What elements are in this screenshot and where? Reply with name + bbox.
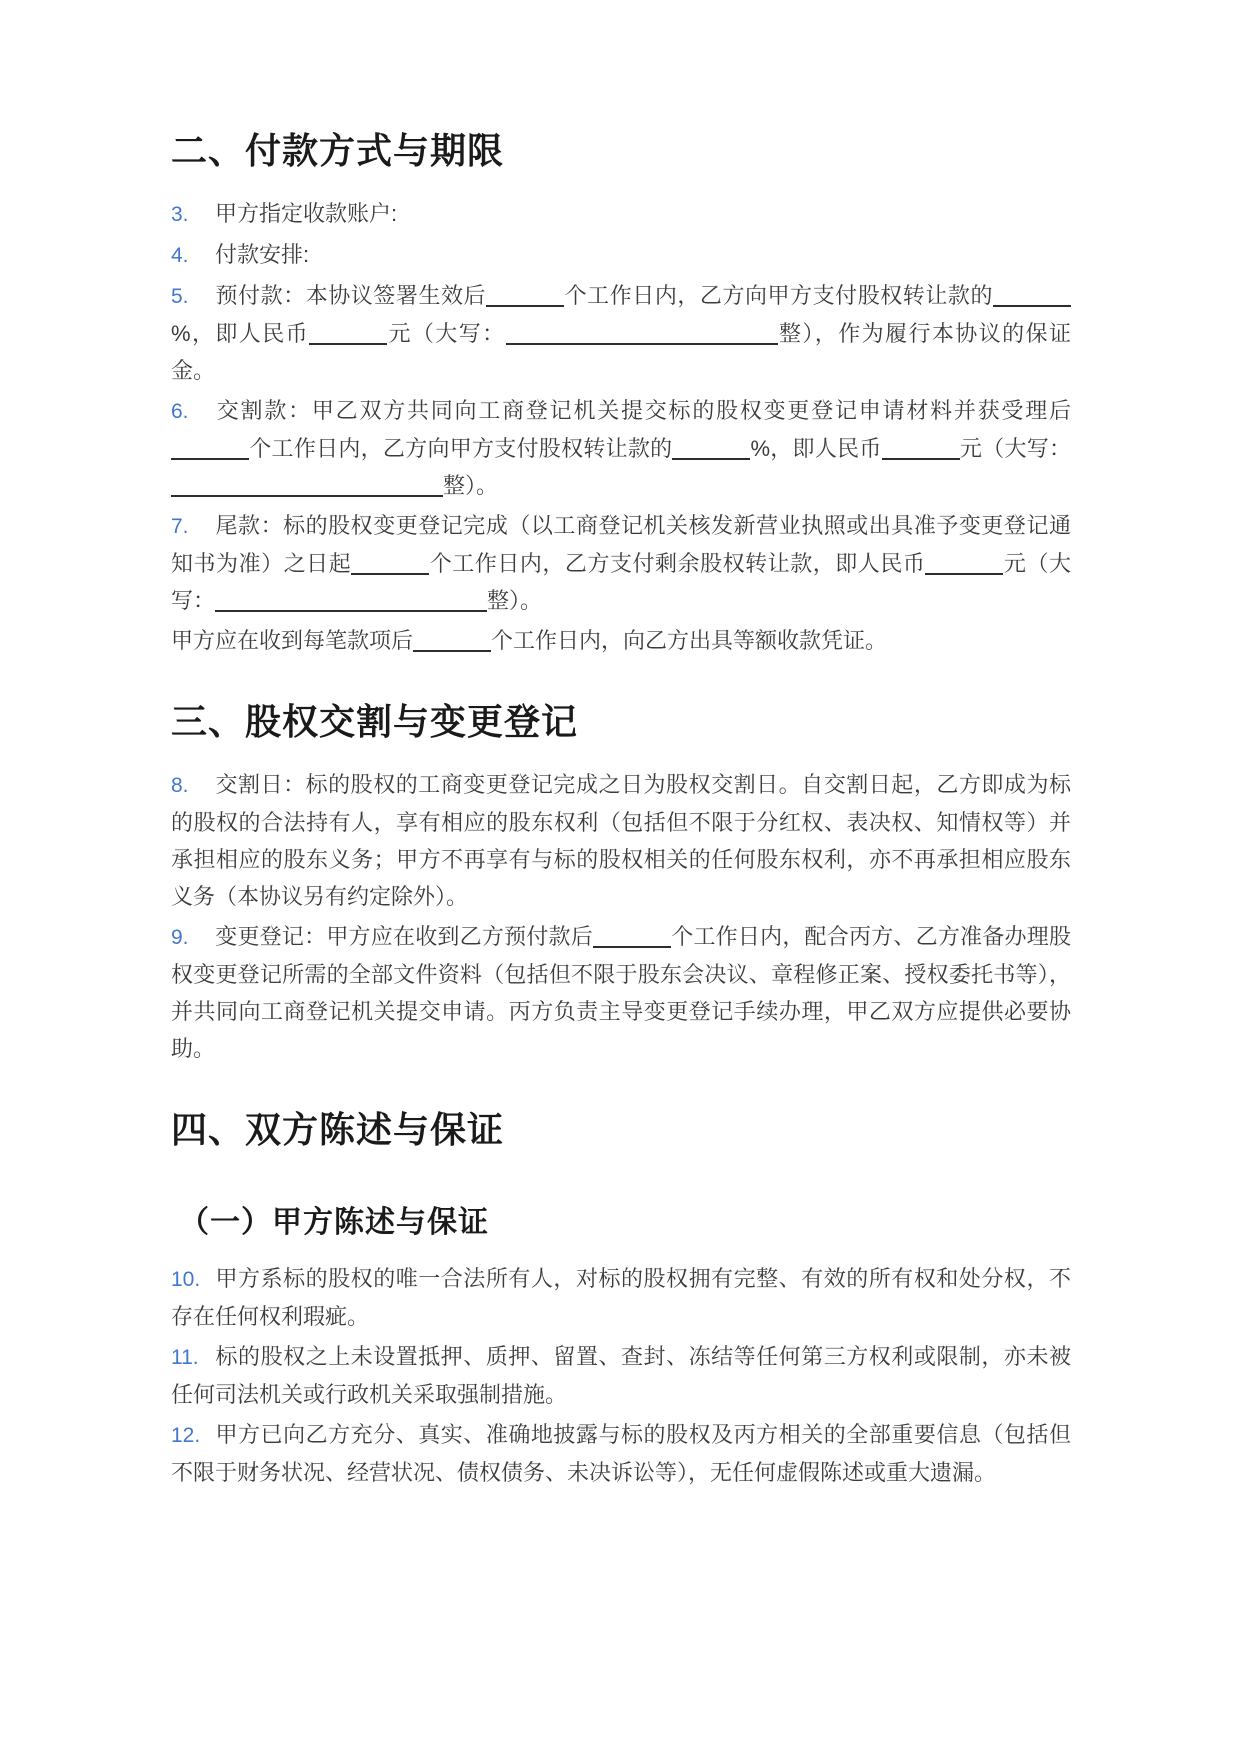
clause-number: 9.	[171, 919, 215, 956]
clause-number: 10.	[171, 1261, 215, 1298]
fill-in-blank	[486, 285, 564, 307]
clause-number: 3.	[171, 196, 215, 233]
text-segment: 交割日：标的股权的工商变更登记完成之日为股权交割日。自交割日起，乙方即成为标的股…	[171, 772, 1071, 909]
fill-in-blank	[171, 475, 443, 497]
clause-number: 6.	[171, 393, 215, 430]
text-segment: 个工作日内，乙方向甲方支付股权转让款的	[249, 436, 672, 461]
text-segment: 个工作日内，乙方支付剩余股权转让款，即人民币	[429, 551, 925, 576]
section-heading: 三、股权交割与变更登记	[171, 699, 1071, 746]
text-segment: 元（大写：	[960, 436, 1071, 461]
clause-number: 5.	[171, 278, 215, 315]
section-heading: 四、双方陈述与保证	[171, 1107, 1071, 1154]
document-page: 二、付款方式与期限3.甲方指定收款账户:4.付款安排:5.预付款：本协议签署生效…	[0, 0, 1241, 1755]
fill-in-blank	[413, 630, 491, 652]
text-segment: 个工作日内，向乙方出具等额收款凭证。	[491, 628, 887, 653]
text-segment: 甲方应在收到每笔款项后	[171, 628, 413, 653]
text-segment: %，即人民币	[750, 436, 881, 461]
text-segment: 甲方指定收款账户:	[215, 201, 397, 226]
numbered-clause: 3.甲方指定收款账户:	[171, 195, 1071, 233]
subsection-heading: （一）甲方陈述与保证	[171, 1203, 1071, 1242]
fill-in-blank	[215, 590, 487, 612]
text-segment: 付款安排:	[215, 242, 309, 267]
section-heading: 二、付款方式与期限	[171, 128, 1071, 175]
numbered-clause: 9.变更登记：甲方应在收到乙方预付款后个工作日内，配合丙方、乙方准备办理股权变更…	[171, 918, 1071, 1067]
numbered-clause: 8.交割日：标的股权的工商变更登记完成之日为股权交割日。自交割日起，乙方即成为标…	[171, 766, 1071, 915]
fill-in-blank	[171, 438, 249, 460]
text-segment: %，即人民币	[171, 321, 309, 346]
fill-in-blank	[925, 553, 1003, 575]
clause-number: 8.	[171, 767, 215, 804]
numbered-clause: 4.付款安排:	[171, 236, 1071, 274]
fill-in-blank	[882, 438, 960, 460]
text-segment: 元（大写：	[387, 321, 506, 346]
clause-number: 11.	[171, 1339, 215, 1376]
numbered-clause: 5.预付款：本协议签署生效后个工作日内，乙方向甲方支付股权转让款的%，即人民币元…	[171, 277, 1071, 389]
text-segment: 甲方系标的股权的唯一合法所有人，对标的股权拥有完整、有效的所有权和处分权，不存在…	[171, 1266, 1071, 1329]
clause-number: 12.	[171, 1417, 215, 1454]
document-content: 二、付款方式与期限3.甲方指定收款账户:4.付款安排:5.预付款：本协议签署生效…	[171, 128, 1071, 1491]
text-segment: 标的股权之上未设置抵押、质押、留置、查封、冻结等任何第三方权利或限制，亦未被任何…	[171, 1344, 1071, 1407]
clause-number: 7.	[171, 508, 215, 545]
numbered-clause: 11.标的股权之上未设置抵押、质押、留置、查封、冻结等任何第三方权利或限制，亦未…	[171, 1338, 1071, 1413]
text-segment: 交割款：甲乙双方共同向工商登记机关提交标的股权变更登记申请材料并获受理后	[215, 398, 1071, 423]
paragraph: 甲方应在收到每笔款项后个工作日内，向乙方出具等额收款凭证。	[171, 622, 1071, 659]
fill-in-blank	[993, 285, 1071, 307]
fill-in-blank	[672, 438, 750, 460]
fill-in-blank	[593, 926, 671, 948]
text-segment: 个工作日内，乙方向甲方支付股权转让款的	[564, 283, 993, 308]
numbered-clause: 7.尾款：标的股权变更登记完成（以工商登记机关核发新营业执照或出具准予变更登记通…	[171, 507, 1071, 619]
fill-in-blank	[309, 323, 387, 345]
clause-number: 4.	[171, 237, 215, 274]
text-segment: 甲方已向乙方充分、真实、准确地披露与标的股权及丙方相关的全部重要信息（包括但不限…	[171, 1422, 1071, 1485]
text-segment: 变更登记：甲方应在收到乙方预付款后	[215, 924, 593, 949]
text-segment: 整）。	[443, 473, 498, 498]
numbered-clause: 6.交割款：甲乙双方共同向工商登记机关提交标的股权变更登记申请材料并获受理后个工…	[171, 392, 1071, 504]
numbered-clause: 12.甲方已向乙方充分、真实、准确地披露与标的股权及丙方相关的全部重要信息（包括…	[171, 1416, 1071, 1491]
fill-in-blank	[351, 553, 429, 575]
text-segment: 整）。	[487, 588, 542, 613]
fill-in-blank	[506, 323, 778, 345]
text-segment: 预付款：本协议签署生效后	[215, 283, 486, 308]
numbered-clause: 10.甲方系标的股权的唯一合法所有人，对标的股权拥有完整、有效的所有权和处分权，…	[171, 1260, 1071, 1335]
